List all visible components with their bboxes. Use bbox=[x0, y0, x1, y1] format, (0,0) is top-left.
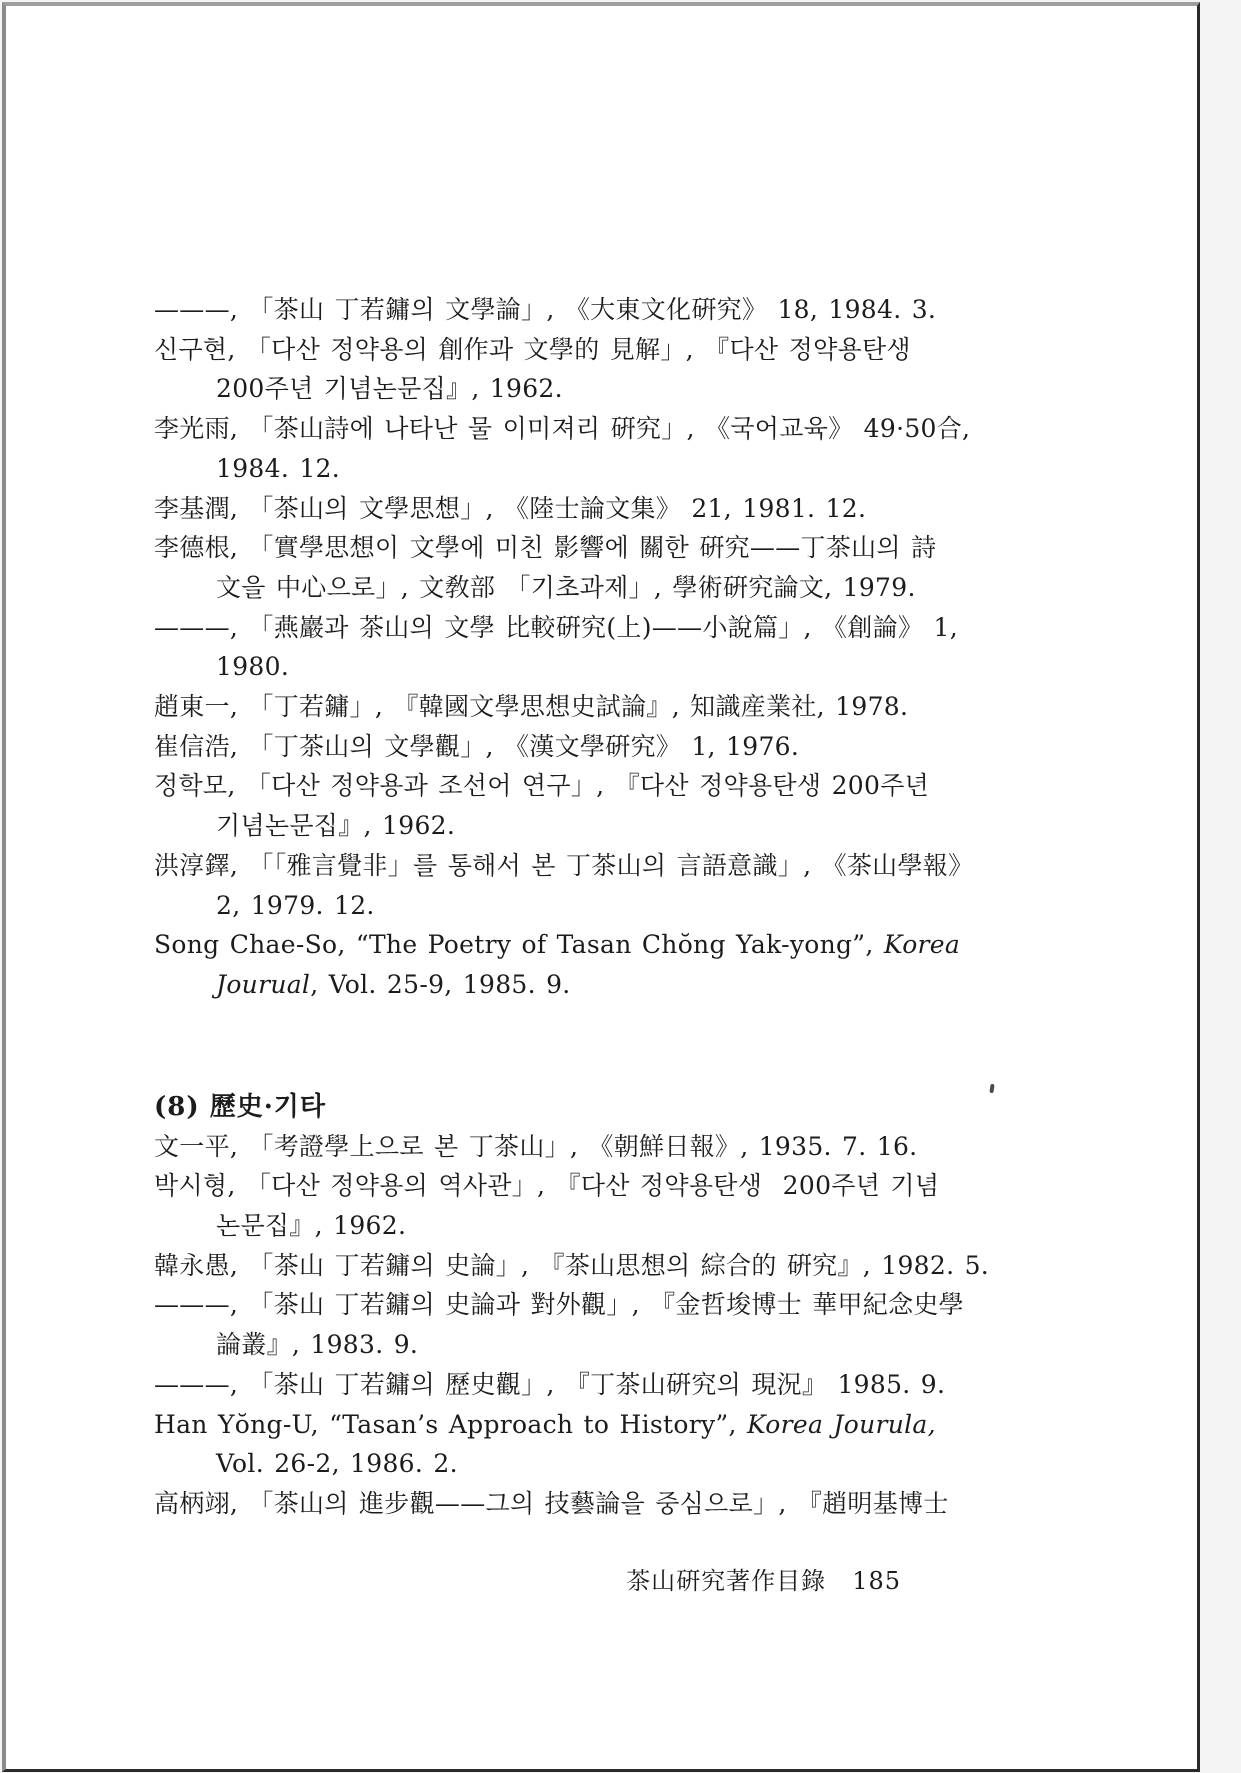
bibliography-line: ———, 「茶山 丁若鏞의 歷史觀」, 『丁茶山硏究의 現況』 1985. 9. bbox=[154, 1365, 986, 1405]
bibliography-line: 高柄翊, 「茶山의 進步觀——그의 技藝論을 중심으로」, 『趙明基博士 bbox=[154, 1484, 986, 1524]
bibliography-line: 文一平, 「考證學上으로 본 丁茶山」, 《朝鮮日報》, 1935. 7. 16… bbox=[154, 1127, 986, 1167]
bibliography-line: 李德根, 「實學思想이 文學에 미친 影響에 關한 硏究——丁茶山의 詩 bbox=[154, 528, 986, 568]
bibliography-line: 洪淳鐸, 「「雅言覺非」를 통해서 본 丁茶山의 言語意識」, 《茶山學報》 bbox=[154, 846, 986, 886]
bibliography-line: 1980. bbox=[154, 647, 986, 687]
bibliography-line: 文을 中心으로」, 文敎部 「기초과제」, 學術硏究論文, 1979. bbox=[154, 568, 986, 608]
bibliography-line: ———, 「燕巖과 茶山의 文學 比較硏究(上)——小說篇」, 《創論》 1, bbox=[154, 608, 986, 648]
page-content: ———, 「茶山 丁若鏞의 文學論」, 《大東文化硏究》 18, 1984. 3… bbox=[154, 290, 986, 1626]
bibliography-line: Jourual, Vol. 25-9, 1985. 9. bbox=[154, 965, 986, 1005]
section-heading: (8) 歷史·기타 bbox=[154, 1087, 986, 1127]
bibliography-line: 1984. 12. bbox=[154, 449, 986, 489]
bibliography-section-b: 文一平, 「考證學上으로 본 丁茶山」, 《朝鮮日報》, 1935. 7. 16… bbox=[154, 1127, 986, 1524]
bibliography-line: Han Yŏng-U, “Tasan’s Approach to History… bbox=[154, 1405, 986, 1445]
footer-page-number: 185 bbox=[852, 1567, 901, 1595]
bibliography-line: 論叢』, 1983. 9. bbox=[154, 1325, 986, 1365]
footer-running-title: 茶山硏究著作目錄 bbox=[626, 1567, 826, 1595]
bibliography-line: Song Chae-So, “The Poetry of Tasan Chŏng… bbox=[154, 925, 986, 965]
bibliography-line: Vol. 26-2, 1986. 2. bbox=[154, 1444, 986, 1484]
bibliography-line: 200주년 기념논문집』, 1962. bbox=[154, 369, 986, 409]
bibliography-line: ———, 「茶山 丁若鏞의 文學論」, 《大東文化硏究》 18, 1984. 3… bbox=[154, 290, 986, 330]
bibliography-line: 崔信浩, 「丁茶山의 文學觀」, 《漢文學硏究》 1, 1976. bbox=[154, 727, 986, 767]
scanned-page: ———, 「茶山 丁若鏞의 文學論」, 《大東文化硏究》 18, 1984. 3… bbox=[2, 2, 1200, 1772]
bibliography-section-a: ———, 「茶山 丁若鏞의 文學論」, 《大東文化硏究》 18, 1984. 3… bbox=[154, 290, 986, 1005]
bibliography-line: 2, 1979. 12. bbox=[154, 886, 986, 926]
bibliography-line: 韓永愚, 「茶山 丁若鏞의 史論」, 『茶山思想의 綜合的 硏究』, 1982.… bbox=[154, 1246, 986, 1286]
bibliography-line: 박시형, 「다산 정약용의 역사관」, 『다산 정약용탄생 200주년 기념 bbox=[154, 1166, 986, 1206]
bibliography-line: 李光雨, 「茶山詩에 나타난 물 이미져리 硏究」, 《국어교육》 49·50合… bbox=[154, 409, 986, 449]
bibliography-line: 기념논문집』, 1962. bbox=[154, 806, 986, 846]
bibliography-line: 정학모, 「다산 정약용과 조선어 연구」, 『다산 정약용탄생 200주년 bbox=[154, 766, 986, 806]
page-footer: 茶山硏究著作目錄185 bbox=[154, 1536, 986, 1626]
bibliography-line: 논문집』, 1962. bbox=[154, 1206, 986, 1246]
scan-speck bbox=[989, 1084, 994, 1093]
bibliography-line: 趙東一, 「丁若鏞」, 『韓國文學思想史試論』, 知識産業社, 1978. bbox=[154, 687, 986, 727]
bibliography-line: 李基潤, 「茶山의 文學思想」, 《陸士論文集》 21, 1981. 12. bbox=[154, 489, 986, 529]
bibliography-line: 신구현, 「다산 정약용의 創作과 文學的 見解」, 『다산 정약용탄생 bbox=[154, 330, 986, 370]
bibliography-line: ———, 「茶山 丁若鏞의 史論과 對外觀」, 『金哲埈博士 華甲紀念史學 bbox=[154, 1285, 986, 1325]
